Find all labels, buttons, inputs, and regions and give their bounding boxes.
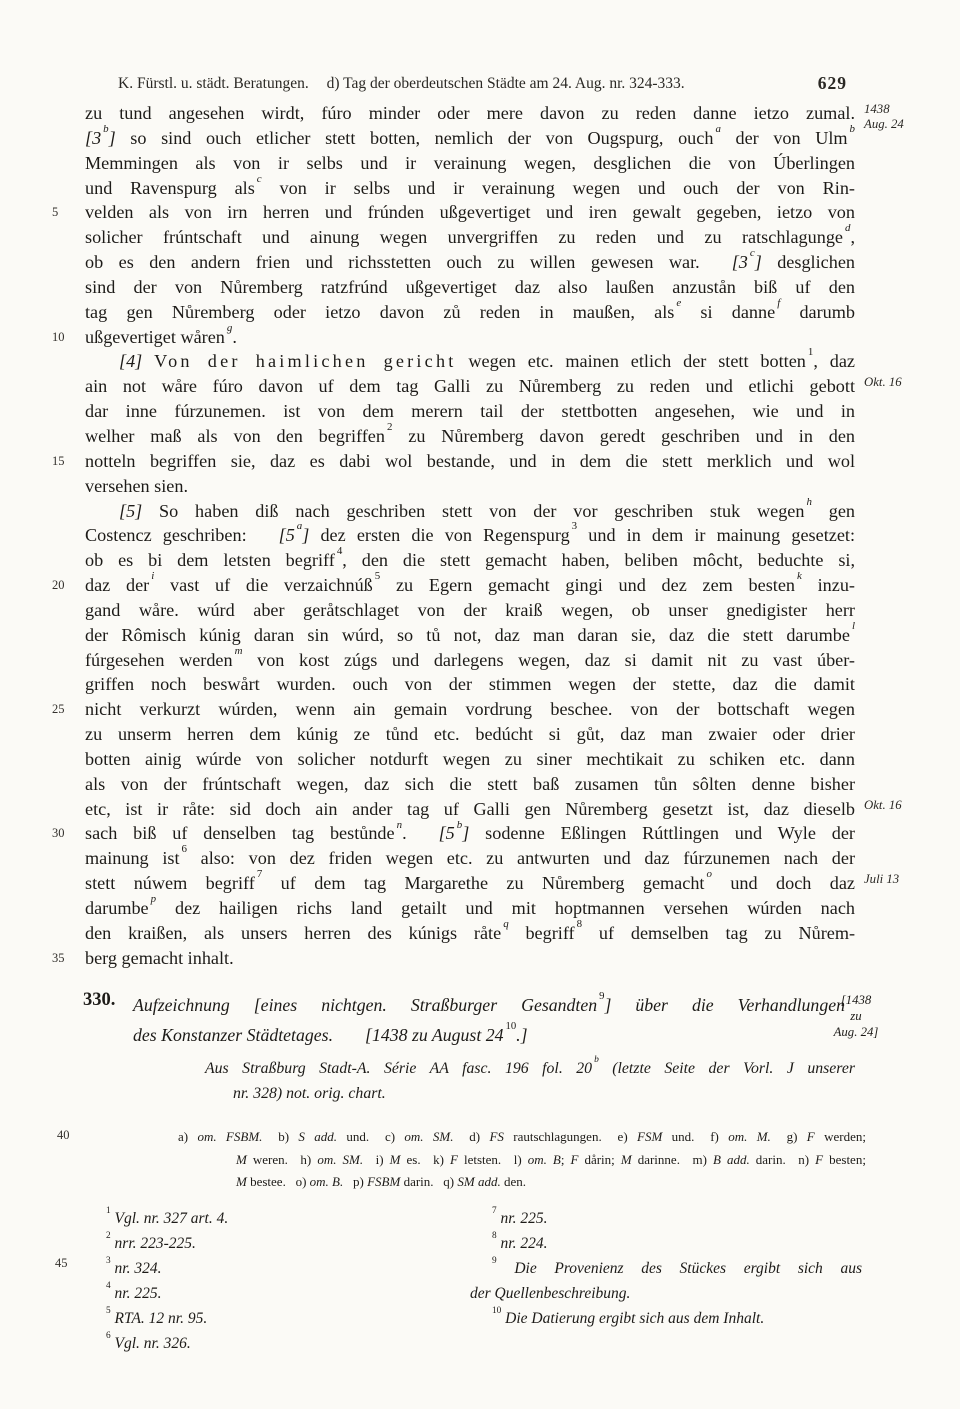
footnote-marker: 5 [375,570,380,582]
footnote-marker: 3 [572,520,577,532]
footnote-marker: 2 [387,421,392,433]
text-line: 4 nr. 225. [92,1281,472,1306]
text-line: ob es bi dem letsten begriff4, den die s… [85,548,855,573]
text-line: 2 nrr. 223-225. [92,1231,472,1256]
footnote-marker: m [235,645,243,657]
text-line: 3 nr. 324. [92,1256,472,1281]
footnote-marker: 6 [106,1331,111,1341]
text-line: Aus Straßburg Stadt-A. Série AA fasc. 19… [205,1056,855,1081]
text-line: den kraißen, als unsers herren des kúnig… [85,921,855,946]
footnote-marker: i [151,570,154,582]
text-line: des Konstanzer Städtetages.[1438 zu Augu… [133,1020,845,1050]
margin-date-note: Juli 13 [864,872,960,887]
text-line: der Quellenbeschreibung. [470,1281,862,1306]
footnote-marker: q [503,918,508,930]
line-number: 30 [52,821,78,846]
footnote-marker: b [457,819,462,831]
text-line: stett núwem begriff7 uf dem tag Margaret… [85,871,855,896]
margin-date-note: Okt. 16 [864,375,960,390]
line-number: 5 [52,200,78,225]
footnote-marker: 10 [506,1020,517,1032]
entry-330-margin-date: [1438zuAug. 24] [816,992,896,1040]
text-line: 6 Vgl. nr. 326. [92,1331,472,1356]
text-line: [5] So haben diß nach geschriben stett v… [85,499,855,524]
footnote-marker: 5 [106,1306,111,1316]
footnote-marker: n [397,819,402,831]
text-line: etc, ist ir råte: sid doch ain ander tag… [85,797,855,822]
footnotes-right-column: 7 nr. 225.8 nr. 224.9 Die Provenienz des… [470,1206,862,1331]
text-line: a) om. FSBM. b) S add. und. c) om. SM. d… [178,1126,866,1149]
text-line: dar inne fúrzunemen. ist von dem merern … [85,399,855,424]
main-text-block: zu tund angesehen wirdt, fúro minder ode… [85,101,855,971]
text-line: zu tund angesehen wirdt, fúro minder ode… [85,101,855,126]
text-line: [3b] so sind ouch etlicher stett botten,… [85,126,855,151]
text-line: ob es den andern frien und richsstetten … [85,250,855,275]
text-line: ain not wåre fúro davon uf dem tag Galli… [85,374,855,399]
text-line: M bestee. o) om. B. p) FSBM darin. q) SM… [178,1171,866,1194]
text-line: botten ainig wúrde von solicher notdurft… [85,747,855,772]
entry-330-heading: Aufzeichnung [eines nichtgen. Straßburge… [133,990,845,1050]
text-line: Costencz geschriben:[5a] dez ersten die … [85,523,855,548]
footnote-marker: g [227,322,232,334]
entry-330: 330. Aufzeichnung [eines nichtgen. Straß… [85,990,855,1050]
text-line: 30sach biß uf denselben tag bestůnden.[5… [85,821,855,846]
text-line: 10 Die Datierung ergibt sich aus dem Inh… [470,1306,862,1331]
text-line: griffen noch beswårt wurden. ouch von de… [85,672,855,697]
footnote-marker: 4 [106,1281,111,1291]
running-header-title: d) Tag der oberdeutschen Städte am 24. A… [327,75,685,92]
line-number: 15 [52,449,78,474]
text-line: [4] Von der haimlichen gericht wegen etc… [85,349,855,374]
footnote-marker: k [797,570,802,582]
footnote-marker: l [852,620,855,632]
text-line: Memmingen als von ir selbs und ir verain… [85,151,855,176]
apparatus-line-number: 40 [57,1128,70,1143]
footnote-line-number: 45 [55,1256,68,1271]
critical-apparatus: a) om. FSBM. b) S add. und. c) om. SM. d… [178,1126,866,1194]
footnote-marker: 6 [182,843,187,855]
text-line: fúrgesehen werdenm von kost zúgs und dar… [85,648,855,673]
footnotes-left-column: 1 Vgl. nr. 327 art. 4.2 nrr. 223-225.3 n… [92,1206,472,1356]
margin-date-note: 1438Aug. 24 [864,102,960,132]
footnote-marker: b [103,123,108,135]
footnote-marker: b [594,1055,599,1065]
footnote-marker: o [706,868,711,880]
footnote-marker: 2 [106,1231,111,1241]
line-number: 20 [52,573,78,598]
line-number: 10 [52,325,78,350]
footnote-marker: f [777,297,780,309]
text-line: mainung ist6 also: von dez friden wegen … [85,846,855,871]
footnote-marker: c [257,173,262,185]
text-line: 8 nr. 224. [470,1231,862,1256]
running-header: K. Fürstl. u. städt. Beratungen. d) Tag … [85,75,855,93]
footnote-marker: 10 [492,1306,501,1316]
margin-date-note: Okt. 16 [864,798,960,813]
footnote-marker: 9 [492,1256,497,1266]
footnote-marker: 9 [599,990,604,1002]
text-line: 25nicht verkurzt wúrden, wenn ain gemain… [85,697,855,722]
text-line: und Ravenspurg alsc von ir selbs und ir … [85,176,855,201]
footnote-marker: 1 [808,346,813,358]
text-line: zu unserm herren dem kúnig ze tůnd etc. … [85,722,855,747]
footnote-marker: 1 [106,1206,111,1216]
running-header-left: K. Fürstl. u. städt. Beratungen. [118,75,309,92]
footnote-marker: a [297,520,302,532]
footnote-marker: 8 [492,1231,497,1241]
footnote-marker: 3 [106,1256,111,1266]
text-line: 1 Vgl. nr. 327 art. 4. [92,1206,472,1231]
text-line: 20daz deri vast uf die verzaichnúß5 zu E… [85,573,855,598]
text-line: der Rômisch kúnig daran sin wúrd, so tů … [85,623,855,648]
text-line: 35berg gemacht inhalt. [85,946,855,971]
text-line: welher maß als von den begriffen2 zu Nůr… [85,424,855,449]
footnote-marker: a [715,123,720,135]
page-number: 629 [818,73,847,94]
footnote-marker: c [750,247,755,259]
text-line: darumbep dez hailigen richs land getailt… [85,896,855,921]
text-line: 5 RTA. 12 nr. 95. [92,1306,472,1331]
text-line: 10ußgevertiget wåreng. [85,325,855,350]
source-note: Aus Straßburg Stadt-A. Série AA fasc. 19… [205,1056,855,1106]
text-line: versehen sien. [85,474,855,499]
text-line: nr. 328) not. orig. chart. [205,1081,855,1106]
entry-number: 330. [83,990,115,1011]
scanned-book-page: K. Fürstl. u. städt. Beratungen. d) Tag … [0,0,960,1409]
footnote-marker: b [850,123,855,135]
text-line: sind der von Nůremberg ratzfrúnd ußgever… [85,275,855,300]
footnote-marker: 4 [337,545,342,557]
footnote-marker: 7 [492,1206,497,1216]
footnote-marker: h [806,496,811,508]
footnote-marker: 8 [577,918,582,930]
footnote-marker: 7 [257,868,262,880]
footnote-marker: d [845,222,850,234]
text-line: 5velden als von irn herren und frúnden u… [85,200,855,225]
text-line: tag gen Nůremberg oder ietzo davon zů re… [85,300,855,325]
text-line: gand wåre. wúrd aber geråtschlaget von d… [85,598,855,623]
text-line: 9 Die Provenienz des Stückes ergibt sich… [470,1256,862,1281]
text-line: solicher frúntschaft und ainung wegen un… [85,225,855,250]
line-number: 35 [52,946,78,971]
text-line: 15notteln begriffen sie, daz es dabi wol… [85,449,855,474]
footnote-marker: p [151,893,156,905]
text-line: 7 nr. 225. [470,1206,862,1231]
footnote-marker: e [676,297,681,309]
text-line: als von der frúntschaft wegen, daz sich … [85,772,855,797]
text-line: Aufzeichnung [eines nichtgen. Straßburge… [133,990,845,1020]
text-line: M weren. h) om. SM. i) M es. k) F letste… [178,1149,866,1172]
line-number: 25 [52,697,78,722]
